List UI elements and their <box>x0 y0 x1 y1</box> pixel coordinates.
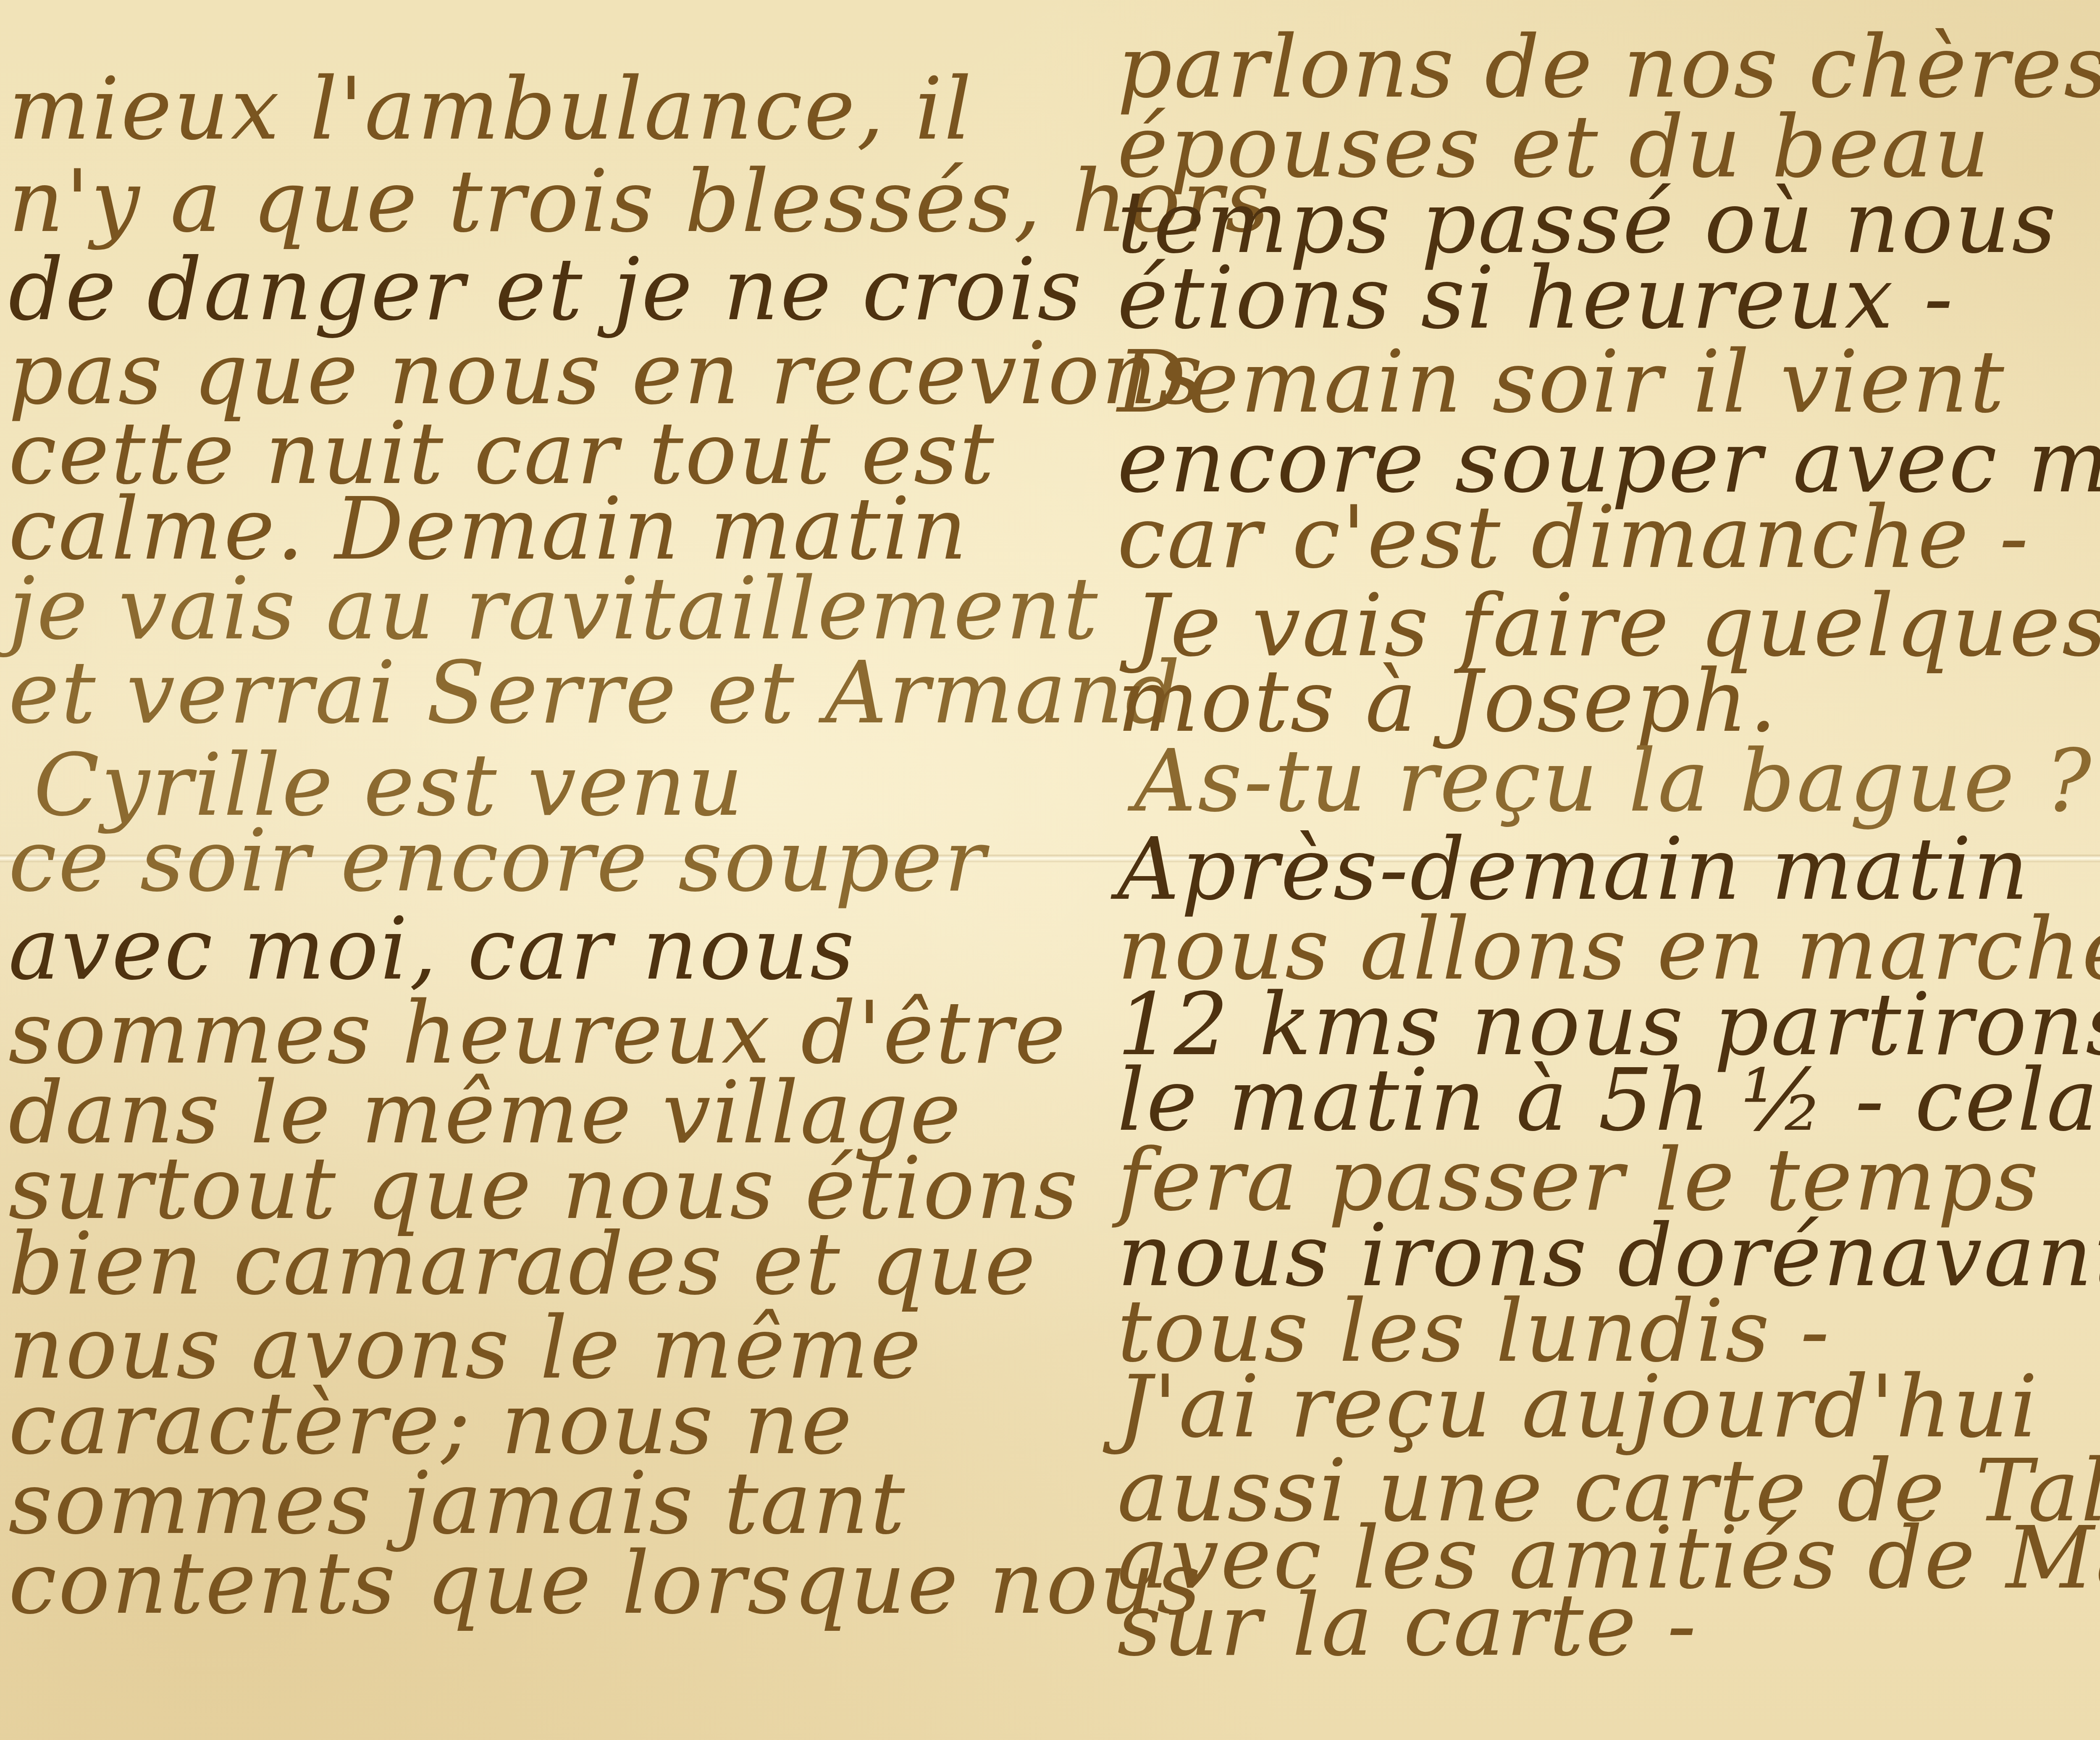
handwritten-line: car c'est dimanche - <box>1117 491 2030 584</box>
handwritten-line: de danger et je ne crois <box>8 244 1083 336</box>
letter-page: mieux l'ambulance, il n'y a que trois bl… <box>0 0 2100 1740</box>
handwritten-line: étions si heureux - <box>1117 252 1955 344</box>
handwritten-line: ce soir encore souper <box>8 815 987 907</box>
handwritten-line: bien camarades et que <box>8 1218 1037 1310</box>
handwritten-line: mieux l'ambulance, il <box>8 63 973 155</box>
handwritten-line: contents que lorsque nous <box>8 1537 1202 1630</box>
handwritten-line: n'y a que trois blessés, hors <box>8 155 1271 248</box>
handwritten-line: et verrai Serre et Armand <box>8 647 1182 739</box>
handwritten-line: je vais au ravitaillement <box>8 563 1100 655</box>
handwritten-line: J'ai reçu aujourd'hui <box>1117 1361 2039 1453</box>
handwritten-line: avec moi, car nous <box>8 903 856 995</box>
handwritten-line: sur la carte - <box>1117 1579 1698 1672</box>
handwritten-line: As-tu reçu la bague ? <box>1134 735 2093 827</box>
